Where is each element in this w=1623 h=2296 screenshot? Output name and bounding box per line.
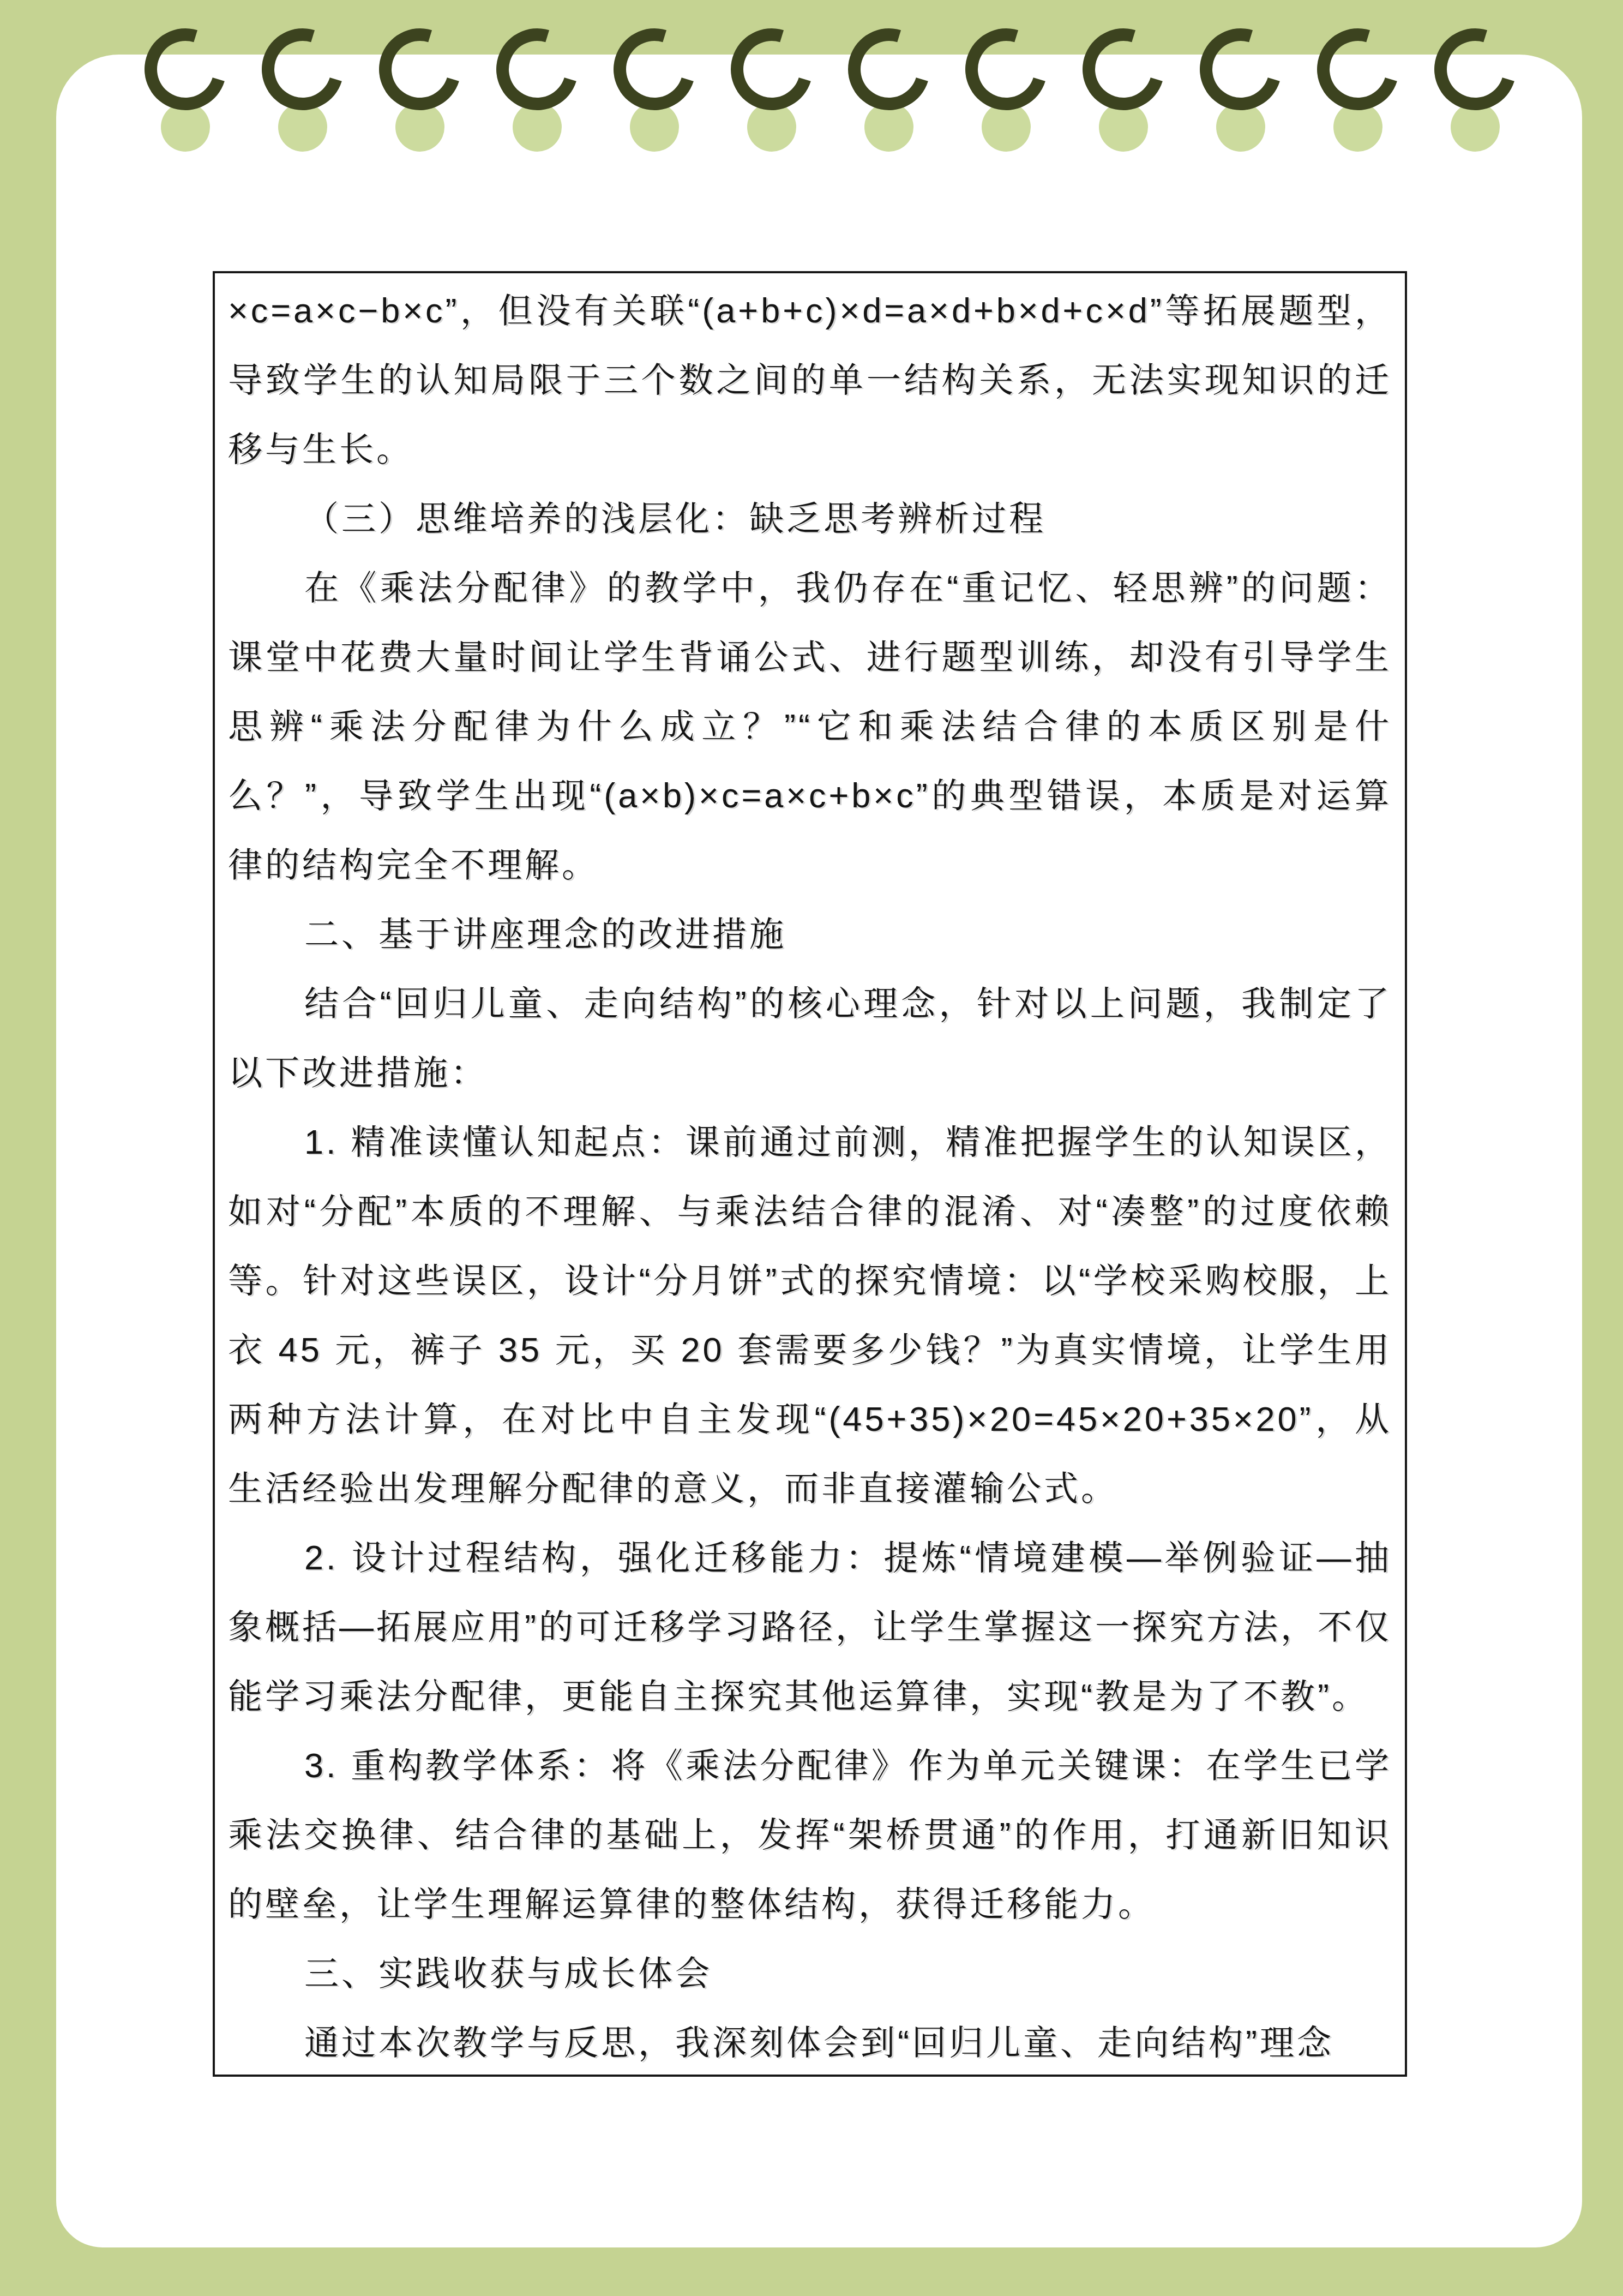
- spiral-binding-ring: [731, 0, 813, 158]
- ring-arc-icon: [1420, 14, 1531, 125]
- paragraph: 3. 重构教学体系：将《乘法分配律》作为单元关键课：在学生已学乘法交换律、结合律…: [228, 1731, 1392, 1939]
- spiral-binding-ring: [965, 0, 1047, 158]
- paragraph: （三）思维培养的浅层化：缺乏思考辨析过程: [228, 484, 1392, 554]
- paragraph: 二、基于讲座理念的改进措施: [228, 900, 1392, 969]
- notebook-screenshot: { "colors": { "bg-green": "#c5d392", "ho…: [0, 0, 1623, 2296]
- ring-arc-icon: [482, 14, 593, 125]
- ring-arc-icon: [1068, 14, 1179, 125]
- spiral-binding-ring: [1434, 0, 1516, 158]
- ring-arc-icon: [1186, 14, 1296, 125]
- ring-arc-icon: [599, 14, 710, 125]
- paragraph: 在《乘法分配律》的教学中，我仍存在“重记忆、轻思辨”的问题：课堂中花费大量时间让…: [228, 554, 1392, 900]
- ring-arc-icon: [1303, 14, 1414, 125]
- spiral-binding: [0, 0, 1623, 185]
- ring-arc-icon: [365, 14, 476, 125]
- paragraph: ×c=a×c−b×c”，但没有关联“(a+b+c)×d=a×d+b×d+c×d”…: [228, 277, 1392, 484]
- spiral-binding-ring: [614, 0, 695, 158]
- spiral-binding-ring: [496, 0, 578, 158]
- paragraph: 结合“回归儿童、走向结构”的核心理念，针对以上问题，我制定了以下改进措施：: [228, 969, 1392, 1108]
- spiral-binding-ring: [262, 0, 344, 158]
- ring-arc-icon: [951, 14, 1062, 125]
- paragraph: 通过本次教学与反思，我深刻体会到“回归儿童、走向结构”理念: [228, 2009, 1392, 2077]
- ring-arc-icon: [834, 14, 945, 125]
- spiral-binding-ring: [1317, 0, 1399, 158]
- ring-arc-icon: [717, 14, 827, 125]
- reflection-text-box: ×c=a×c−b×c”，但没有关联“(a+b+c)×d=a×d+b×d+c×d”…: [213, 271, 1407, 2077]
- ring-arc-icon: [248, 14, 358, 125]
- spiral-binding-ring: [1083, 0, 1164, 158]
- spiral-binding-ring: [379, 0, 461, 158]
- ring-arc-icon: [130, 14, 241, 125]
- paragraph: 三、实践收获与成长体会: [228, 1939, 1392, 2009]
- spiral-binding-ring: [1200, 0, 1282, 158]
- paragraph: 2. 设计过程结构，强化迁移能力：提炼“情境建模—举例验证—抽象概括—拓展应用”…: [228, 1524, 1392, 1731]
- spiral-binding-ring: [145, 0, 226, 158]
- paragraph: 1. 精准读懂认知起点：课前通过前测，精准把握学生的认知误区，如对“分配”本质的…: [228, 1108, 1392, 1524]
- spiral-binding-ring: [848, 0, 930, 158]
